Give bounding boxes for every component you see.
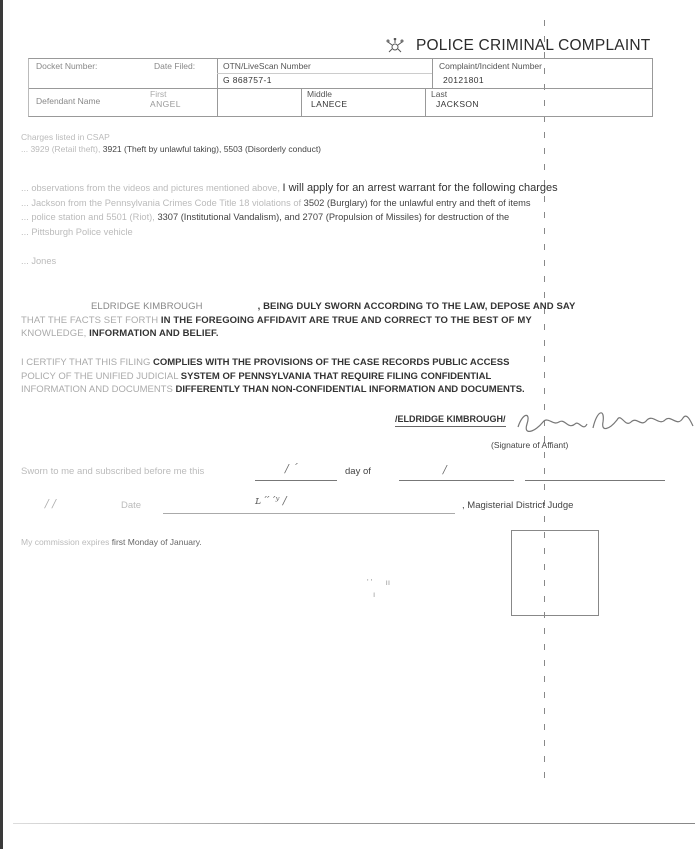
handwritten-signature — [513, 402, 695, 442]
complaint-number-label: Complaint/Incident Number — [439, 61, 542, 71]
last-name-value: JACKSON — [436, 99, 479, 109]
col-divider — [301, 88, 302, 116]
certification-statement: I CERTIFY THAT THIS FILING COMPLIES WITH… — [21, 356, 691, 397]
judge-signature-line — [163, 513, 455, 514]
col-divider — [432, 59, 433, 88]
judge-initials: ʟ ′′ ′ʸ / — [255, 494, 287, 507]
affiant-name: ELDRIDGE KIMBROUGH — [91, 300, 203, 314]
scan-fold-line — [544, 20, 545, 780]
scan-artifact: ı — [373, 590, 375, 599]
month-field-line — [399, 480, 514, 481]
middle-name-value: LANECE — [311, 99, 347, 109]
otn-label: OTN/LiveScan Number — [223, 61, 311, 71]
year-field-line — [525, 480, 665, 481]
docket-number-label: Docket Number: — [36, 61, 97, 71]
last-name-label: Last — [431, 89, 447, 99]
charges-heading: Charges listed in CSAP — [21, 131, 321, 143]
col-divider — [425, 88, 426, 116]
affidavit-statement: ELDRIDGE KIMBROUGH, BEING DULY SWORN ACC… — [21, 300, 681, 341]
day-of-label: day of — [345, 466, 371, 477]
row-divider — [29, 88, 652, 89]
typed-signature: /ELDRIDGE KIMBROUGH/ — [395, 414, 506, 427]
date-label: Date — [121, 500, 141, 511]
sworn-before-text: Sworn to me and subscribed before me thi… — [21, 466, 204, 477]
state-seal-icon — [386, 38, 404, 54]
date-filed-label: Date Filed: — [154, 61, 195, 71]
row-divider — [217, 73, 432, 74]
otn-value: G 868757-1 — [223, 75, 272, 85]
court-seal-box — [511, 530, 599, 616]
charges-section: Charges listed in CSAP ... 3929 (Retail … — [21, 131, 321, 155]
charges-list: ... 3929 (Retail theft), 3921 (Theft by … — [21, 143, 321, 155]
scan-artifact: ' ' ıı — [367, 578, 390, 587]
signature-caption: (Signature of Affiant) — [491, 440, 568, 450]
complaint-number-value: 20121801 — [443, 75, 484, 85]
middle-name-label: Middle — [307, 89, 332, 99]
document-header: POLICE CRIMINAL COMPLAINT — [386, 37, 650, 55]
case-info-table: Docket Number: Date Filed: OTN/LiveScan … — [28, 58, 653, 117]
warrant-paragraph: ... observations from the videos and pic… — [21, 181, 641, 269]
day-field-line — [255, 480, 337, 481]
col-divider — [217, 59, 218, 116]
handwritten-month: / — [443, 463, 447, 476]
handwritten-day: / ´ — [285, 462, 298, 475]
magisterial-district-judge-label: , Magisterial District Judge — [462, 500, 573, 511]
first-name-label: First — [150, 89, 167, 99]
page-bottom-rule — [13, 823, 695, 824]
defendant-name-label: Defendant Name — [36, 96, 100, 106]
document-title: POLICE CRIMINAL COMPLAINT — [416, 37, 650, 55]
handwritten-date: / / — [45, 497, 56, 510]
complaint-page: POLICE CRIMINAL COMPLAINT Docket Number:… — [3, 0, 695, 849]
first-name-value: ANGEL — [150, 99, 181, 109]
commission-expiry: My commission expires first Monday of Ja… — [21, 537, 202, 547]
